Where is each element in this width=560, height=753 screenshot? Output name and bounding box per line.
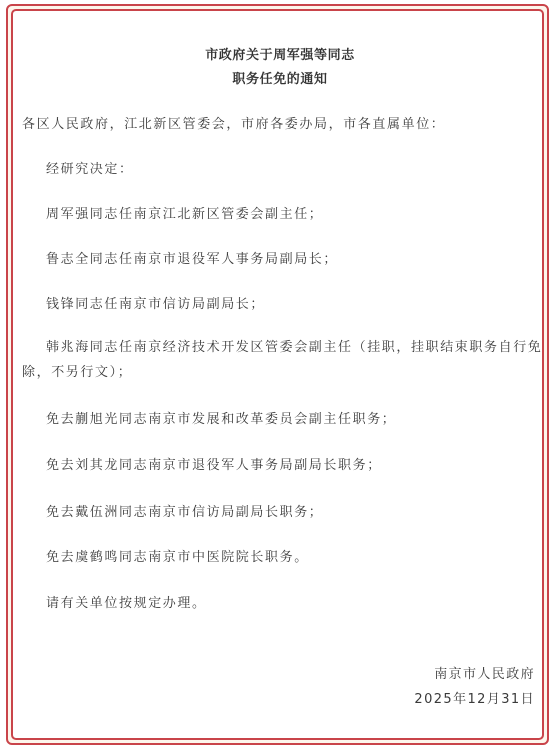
paragraph-appointment-4-continuation: 除，不另行文）； xyxy=(22,360,534,385)
paragraph-text: 韩兆海同志任南京经济技术开发区管委会副主任（挂职，挂职结束职务自行免 xyxy=(46,340,542,355)
paragraph-closing: 请有关单位按规定办理。 xyxy=(22,591,534,616)
paragraph-text: 免去蒯旭光同志南京市发展和改革委员会副主任职务； xyxy=(46,412,396,427)
paragraph-appointment-1: 周军强同志任南京江北新区管委会副主任； xyxy=(22,202,534,227)
paragraph-text: 免去戴伍洲同志南京市信访局副局长职务； xyxy=(46,505,323,520)
paragraph-text: 免去刘其龙同志南京市退役军人事务局副局长职务； xyxy=(46,458,382,473)
paragraph-removal-3: 免去戴伍洲同志南京市信访局副局长职务； xyxy=(22,500,534,525)
document-title-line-2: 职务任免的通知 xyxy=(0,68,560,87)
document-title-line-1: 市政府关于周军强等同志 xyxy=(0,44,560,63)
paragraph-removal-4: 免去虞鹤鸣同志南京市中医院院长职务。 xyxy=(22,545,534,570)
paragraph-text: 免去虞鹤鸣同志南京市中医院院长职务。 xyxy=(46,550,309,565)
paragraph-text: 鲁志全同志任南京市退役军人事务局副局长； xyxy=(46,252,338,267)
signature-date: 2025年12月31日 xyxy=(414,688,535,707)
paragraph-appointment-3: 钱锋同志任南京市信访局副局长； xyxy=(22,292,534,317)
paragraph-decision: 经研究决定： xyxy=(22,157,534,182)
paragraph-removal-2: 免去刘其龙同志南京市退役军人事务局副局长职务； xyxy=(22,453,534,478)
signature-issuer: 南京市人民政府 xyxy=(434,663,535,682)
salutation: 各区人民政府，江北新区管委会，市府各委办局，市各直属单位： xyxy=(22,112,534,137)
paragraph-text: 钱锋同志任南京市信访局副局长； xyxy=(46,297,265,312)
paragraph-text: 经研究决定： xyxy=(46,162,134,177)
paragraph-appointment-2: 鲁志全同志任南京市退役军人事务局副局长； xyxy=(22,247,534,272)
paragraph-text: 请有关单位按规定办理。 xyxy=(46,596,207,611)
paragraph-removal-1: 免去蒯旭光同志南京市发展和改革委员会副主任职务； xyxy=(22,407,534,432)
paragraph-appointment-4: 韩兆海同志任南京经济技术开发区管委会副主任（挂职，挂职结束职务自行免 xyxy=(22,335,534,360)
paragraph-text: 周军强同志任南京江北新区管委会副主任； xyxy=(46,207,323,222)
